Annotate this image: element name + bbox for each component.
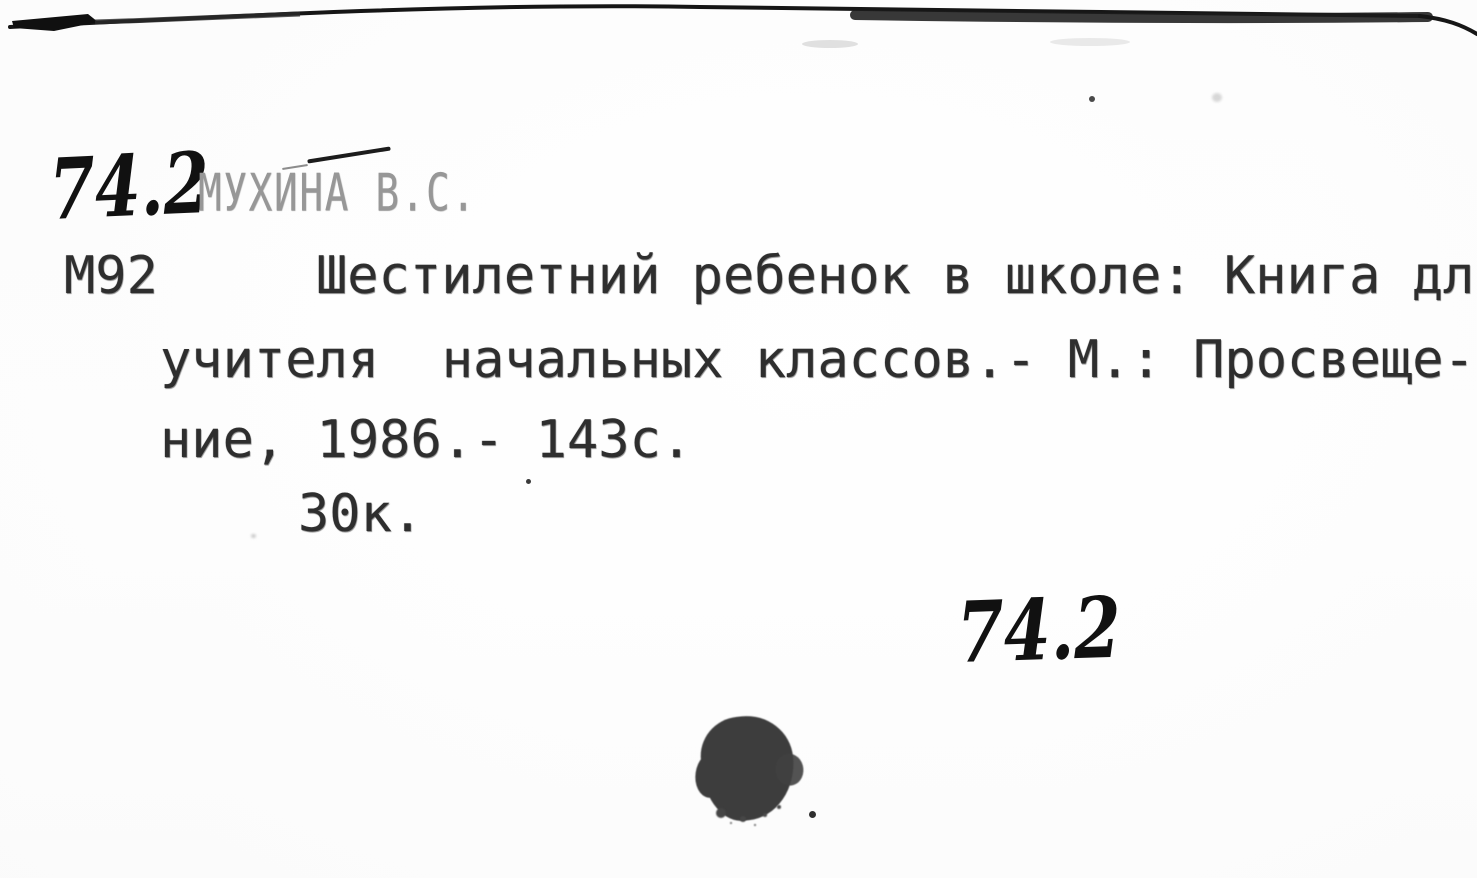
- call-number-top: 74.2: [48, 133, 210, 239]
- description-line-1: Шестилетний ребенок в школе: Книга для: [316, 246, 1477, 306]
- price-label: 30к.: [298, 484, 423, 544]
- catalog-card-scan: 74.2 МУХИНА В.С. М92 Шестилетний ребенок…: [0, 0, 1477, 878]
- faint-smudge-top-right: [1212, 93, 1222, 102]
- scan-top-edge: [0, 0, 1477, 64]
- author-heading: МУХИНА В.С.: [198, 163, 477, 223]
- ink-blot-splatter: [716, 808, 726, 818]
- cutter-number: М92: [64, 246, 158, 306]
- description-line-3: ние, 1986.- 143с.: [160, 410, 692, 470]
- ink-speck-near-blot: [809, 811, 816, 818]
- pen-stroke-mark: [307, 146, 391, 163]
- call-number-bottom: 74.2: [956, 578, 1122, 682]
- ink-speck-below-year: [526, 479, 531, 484]
- ink-speck-top-right: [1089, 96, 1095, 102]
- ink-blot: [697, 711, 799, 824]
- description-line-2: учителя начальных классов.- М.: Просвеще…: [160, 330, 1475, 390]
- faint-speck-left-of-price: [251, 534, 256, 538]
